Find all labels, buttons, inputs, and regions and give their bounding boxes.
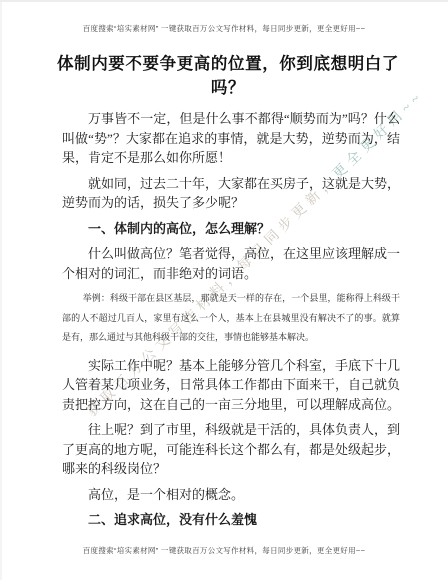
article-title: 体制内要不要争更高的位置，你到底想明白了吗？	[54, 52, 402, 100]
paragraph: 什么叫做高位？笔者觉得，高位，在这里应该理解成一个相对的词汇，而非绝对的词语。	[62, 244, 400, 283]
section-heading: 二、追求高位，没有什么羞愧	[62, 510, 400, 530]
footer-promo-banner: 百度搜索“培实素材网” 一键获取百万公文写作材料，每日同步更新，更全更好用~~	[0, 545, 448, 556]
document-page: 百度搜索“培实素材网” 一键获取百万公文写作材料，每日同步更新，更全更好用~~ …	[0, 0, 448, 580]
paragraph: 就如同，过去二十年，大家都在买房子，这就是大势，逆势而为的话，损失了多少呢？	[62, 174, 400, 213]
section-heading: 一、体制内的高位，怎么理解？	[62, 219, 400, 239]
paragraph: 实际工作中呢？基本上能够分管几个科室，手底下十几人管着某几项业务，日常具体工作都…	[62, 356, 400, 415]
paragraph: 万事皆不一定，但是什么事不都得“顺势而为”吗？什么叫做“势”？大家都在追求的事情…	[62, 109, 400, 168]
header-promo-banner: 百度搜索“培实素材网” 一键获取百万公文写作材料，每日同步更新，更全更好用~~	[0, 23, 448, 34]
example-note: 举例：科级干部在县区基层，那就是天一样的存在，一个县里，能称得上科级干部的人不超…	[62, 289, 400, 348]
paragraph: 往上呢？到了市里，科级就是干活的，具体负责人，到了更高的地方呢，可能连科长这个都…	[62, 420, 400, 479]
article-body: 万事皆不一定，但是什么事不都得“顺势而为”吗？什么叫做“势”？大家都在追求的事情…	[62, 109, 400, 530]
paragraph: 高位，是一个相对的概念。	[62, 485, 400, 505]
